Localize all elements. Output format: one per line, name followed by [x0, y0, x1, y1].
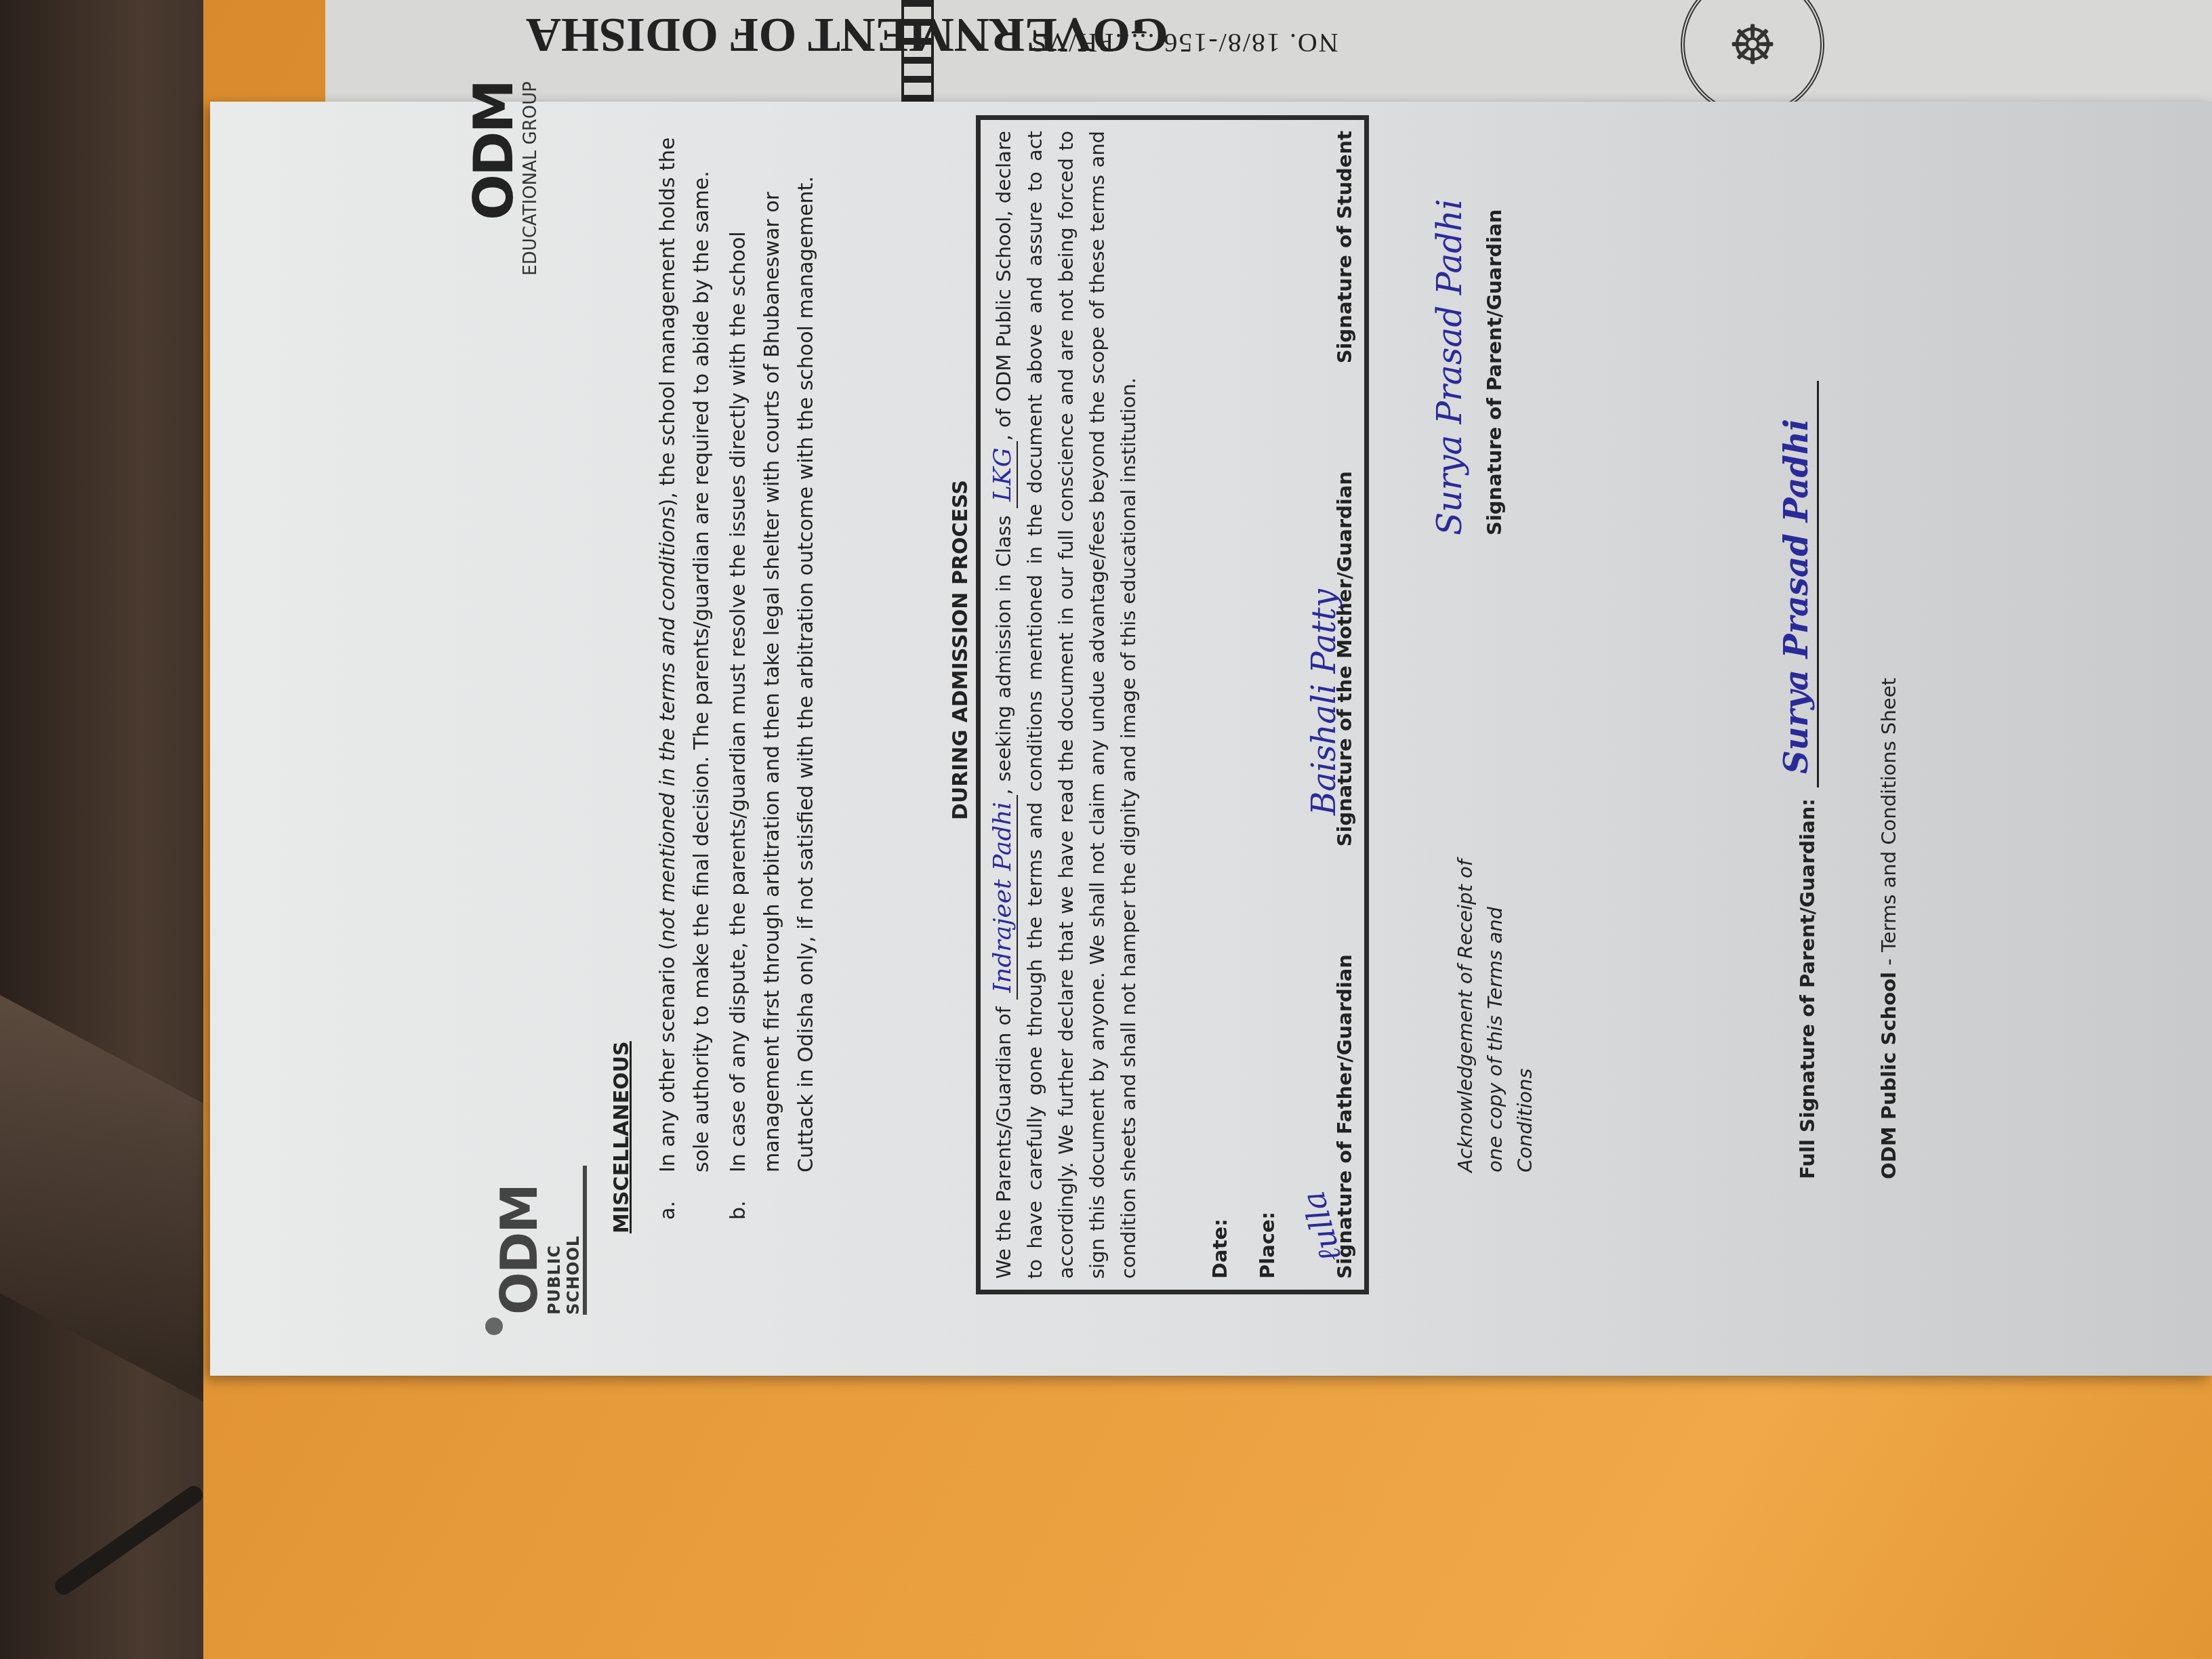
page-footer: ODM Public School - Terms and Conditions…	[1877, 678, 1900, 1179]
underlying-certificate: GOVERNMENT OF ODISHA NO. 18/8/-156 .....…	[325, 0, 2212, 110]
date-label: Date:	[1204, 1218, 1235, 1279]
certificate-reference: NO. 18/8/-156 .....PH/VS	[1030, 27, 1338, 59]
acknowledgement-signature: Surya Prasad Padhi	[1430, 199, 1469, 535]
student-name-field[interactable]: Indrajeet Padhi	[989, 795, 1018, 1000]
acknowledgement-text: Acknowledgement of Receipt of one copy o…	[1450, 820, 1540, 1172]
seal-stamp-icon: ☸	[1681, 0, 1824, 117]
terms-document: ODM PUBLIC SCHOOL ODM EDUCATIONAL GROUP …	[210, 102, 2212, 1376]
logo-brand: ODM	[495, 1166, 545, 1315]
signature-row: Signature of Father/Guardian Signature o…	[1329, 131, 1360, 1279]
parent-signature-label: Signature of Parent/Guardian	[1483, 209, 1506, 535]
full-signature-row: Full Signature of Parent/Guardian: Surya…	[1796, 381, 1819, 1179]
footer-school: ODM Public School	[1877, 972, 1900, 1179]
class-field[interactable]: LKG	[989, 441, 1018, 509]
place-label: Place:	[1252, 1212, 1283, 1279]
admission-declaration-box: We the Parents/Guardian of Indrajeet Pad…	[976, 115, 1369, 1294]
odm-public-school-logo: ODM PUBLIC SCHOOL	[495, 1166, 569, 1315]
admission-title: DURING ADMISSION PROCESS	[949, 480, 972, 820]
person-logo-icon	[485, 1317, 503, 1335]
miscellaneous-section: MISCELLANEOUS a. In any other scenario (…	[610, 122, 826, 1233]
full-signature-label: Full Signature of Parent/Guardian:	[1796, 798, 1819, 1179]
logo-right-brand: ODM	[468, 81, 520, 276]
odm-educational-group-logo: ODM EDUCATIONAL GROUP	[468, 81, 541, 276]
logo-right-subtitle: EDUCATIONAL GROUP	[520, 81, 541, 276]
student-signature-label: Signature of Student	[1329, 131, 1360, 363]
full-signature-line[interactable]: Surya Prasad Padhi	[1797, 381, 1819, 787]
misc-item-a: a. In any other scenario (not mentioned …	[651, 122, 719, 1233]
mother-signature-label: Signature of the Mother/Guardian	[1329, 471, 1360, 846]
miscellaneous-title: MISCELLANEOUS	[610, 122, 634, 1233]
logo-subtitle: PUBLIC SCHOOL	[545, 1166, 587, 1315]
father-signature-label: Signature of Father/Guardian	[1329, 954, 1360, 1279]
full-signature-handwritten: Surya Prasad Padhi	[1778, 419, 1816, 774]
misc-item-b: b. In case of any dispute, the parents/g…	[722, 122, 823, 1233]
perforation-strip	[901, 0, 934, 108]
footer-doc-name: Terms and Conditions Sheet	[1877, 678, 1900, 952]
